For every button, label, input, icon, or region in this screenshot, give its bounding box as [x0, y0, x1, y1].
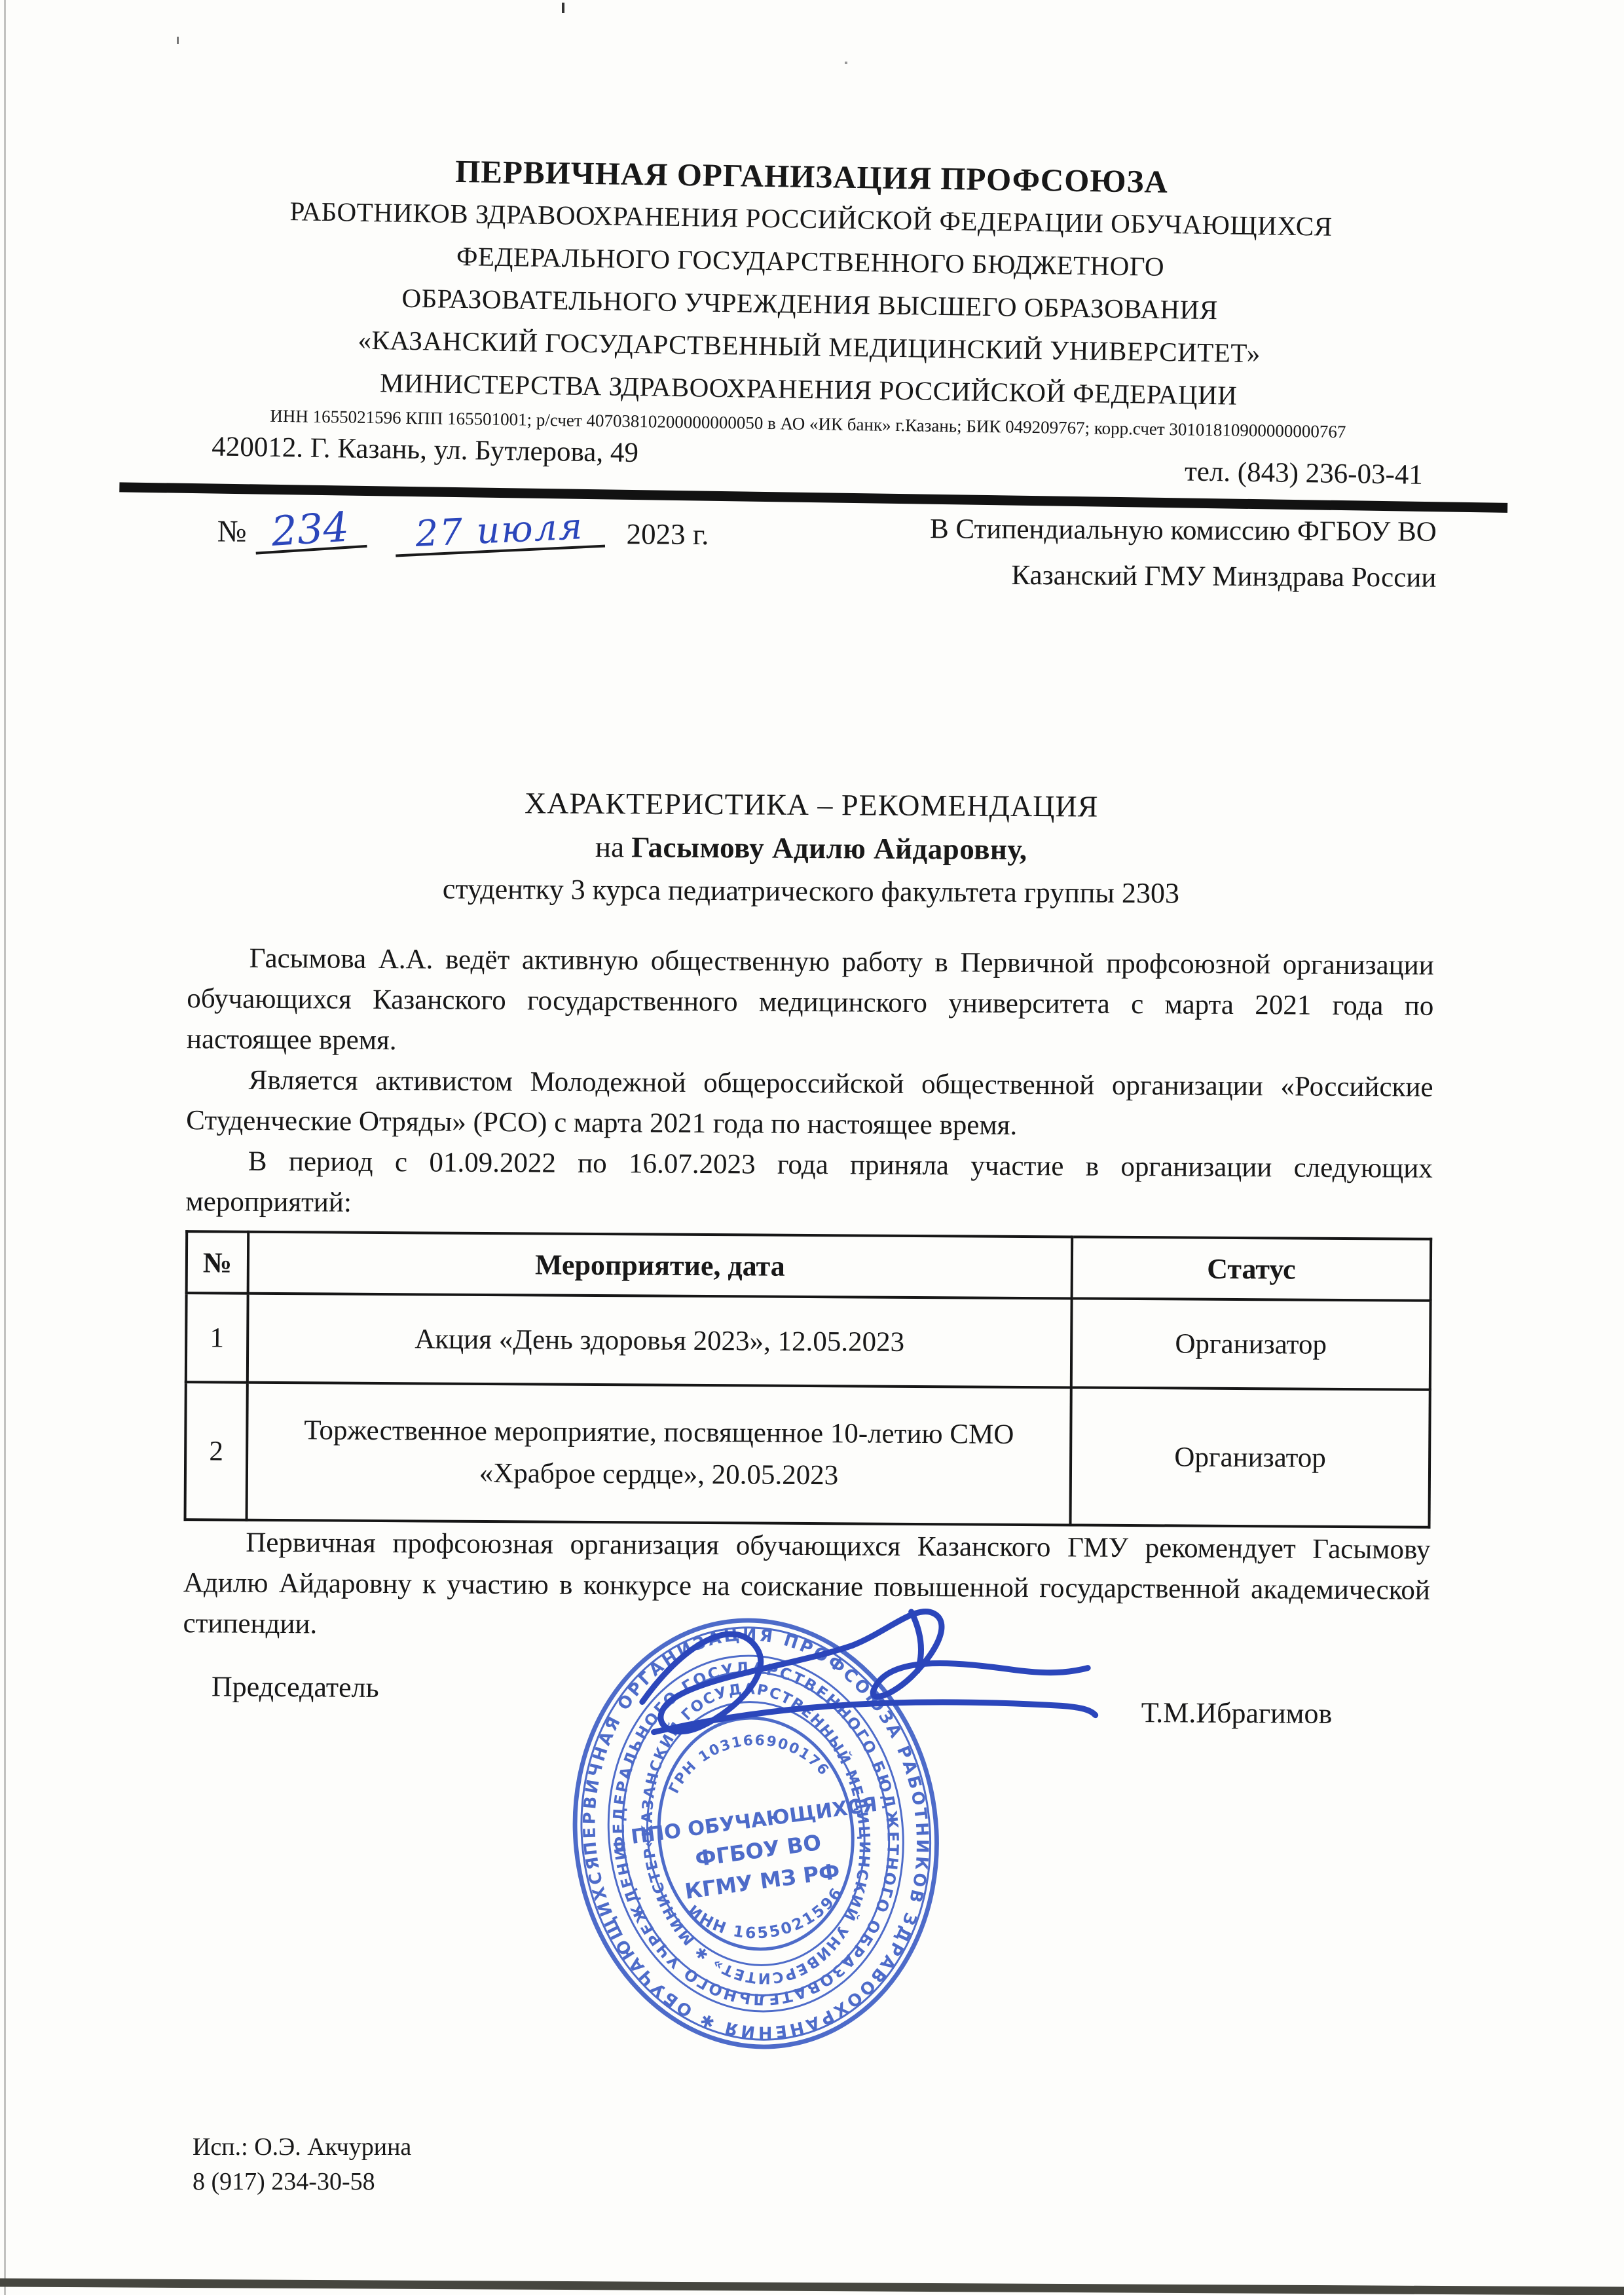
executor-block: Исп.: О.Э. Акчурина 8 (917) 234-30-58: [193, 2130, 411, 2199]
executor-phone: 8 (917) 234-30-58: [193, 2165, 411, 2199]
signer-position: Председатель: [212, 1670, 379, 1704]
row1-status: Организатор: [1071, 1298, 1431, 1389]
body-text: Гасымова А.А. ведёт активную общественну…: [185, 938, 1434, 1230]
events-table: № Мероприятие, дата Статус 1 Акция «День…: [184, 1230, 1433, 1529]
table-row: 2 Торжественное мероприятие, посвященное…: [185, 1382, 1430, 1527]
signer-name: Т.М.Ибрагимов: [1141, 1696, 1333, 1730]
col-header-status: Статус: [1072, 1237, 1431, 1300]
doc-title: ХАРАКТЕРИСТИКА – РЕКОМЕНДАЦИЯ: [157, 779, 1466, 830]
signature-svg: [602, 1597, 1141, 1783]
recipient-line1: В Стипендиальную комиссию ФГБОУ ВО: [930, 506, 1437, 555]
col-header-event: Мероприятие, дата: [248, 1232, 1073, 1299]
subtitle-prefix: на: [595, 830, 632, 863]
recipient-line2: Казанский ГМУ Минздрава России: [929, 552, 1436, 601]
row1-num: 1: [186, 1293, 248, 1383]
paragraph-1: Гасымова А.А. ведёт активную общественну…: [187, 938, 1434, 1068]
row2-num: 2: [185, 1382, 248, 1520]
handwritten-signature: [602, 1597, 1141, 1787]
doc-number-handwritten: 234: [253, 507, 367, 555]
student-description: студентку 3 курса педиатрического факуль…: [156, 866, 1466, 917]
doc-date-handwritten: 27 июля: [394, 506, 605, 557]
doc-number-row: № 234 27 июля 2023 г.: [217, 508, 709, 553]
title-block: ХАРАКТЕРИСТИКА – РЕКОМЕНДАЦИЯ на Гасымов…: [156, 779, 1466, 917]
document-content: № 234 27 июля 2023 г. В Стипендиальную к…: [0, 0, 1624, 2295]
doc-number-label: №: [217, 512, 247, 550]
row1-event: Акция «День здоровья 2023», 12.05.2023: [248, 1294, 1072, 1388]
paragraph-2: Является активистом Молодежной общеросси…: [186, 1060, 1433, 1149]
row2-status: Организатор: [1071, 1387, 1430, 1527]
student-name: Гасымову Адилю Айдаровну,: [631, 830, 1027, 866]
paragraph-3: В период с 01.09.2022 по 16.07.2023 года…: [185, 1141, 1433, 1230]
doc-subtitle: на Гасымову Адилю Айдаровну,: [157, 823, 1466, 874]
document-page: ПЕРВИЧНАЯ ОРГАНИЗАЦИЯ ПРОФСОЮЗА РАБОТНИК…: [0, 0, 1624, 2295]
table-header-row: № Мероприятие, дата Статус: [187, 1231, 1431, 1301]
table-row: 1 Акция «День здоровья 2023», 12.05.2023…: [186, 1293, 1431, 1390]
recipient-block: В Стипендиальную комиссию ФГБОУ ВО Казан…: [929, 506, 1437, 601]
col-header-num: №: [187, 1231, 249, 1294]
row2-event: Торжественное мероприятие, посвященное 1…: [247, 1383, 1071, 1525]
executor-name: Исп.: О.Э. Акчурина: [193, 2130, 411, 2165]
doc-year: 2023 г.: [626, 515, 709, 553]
